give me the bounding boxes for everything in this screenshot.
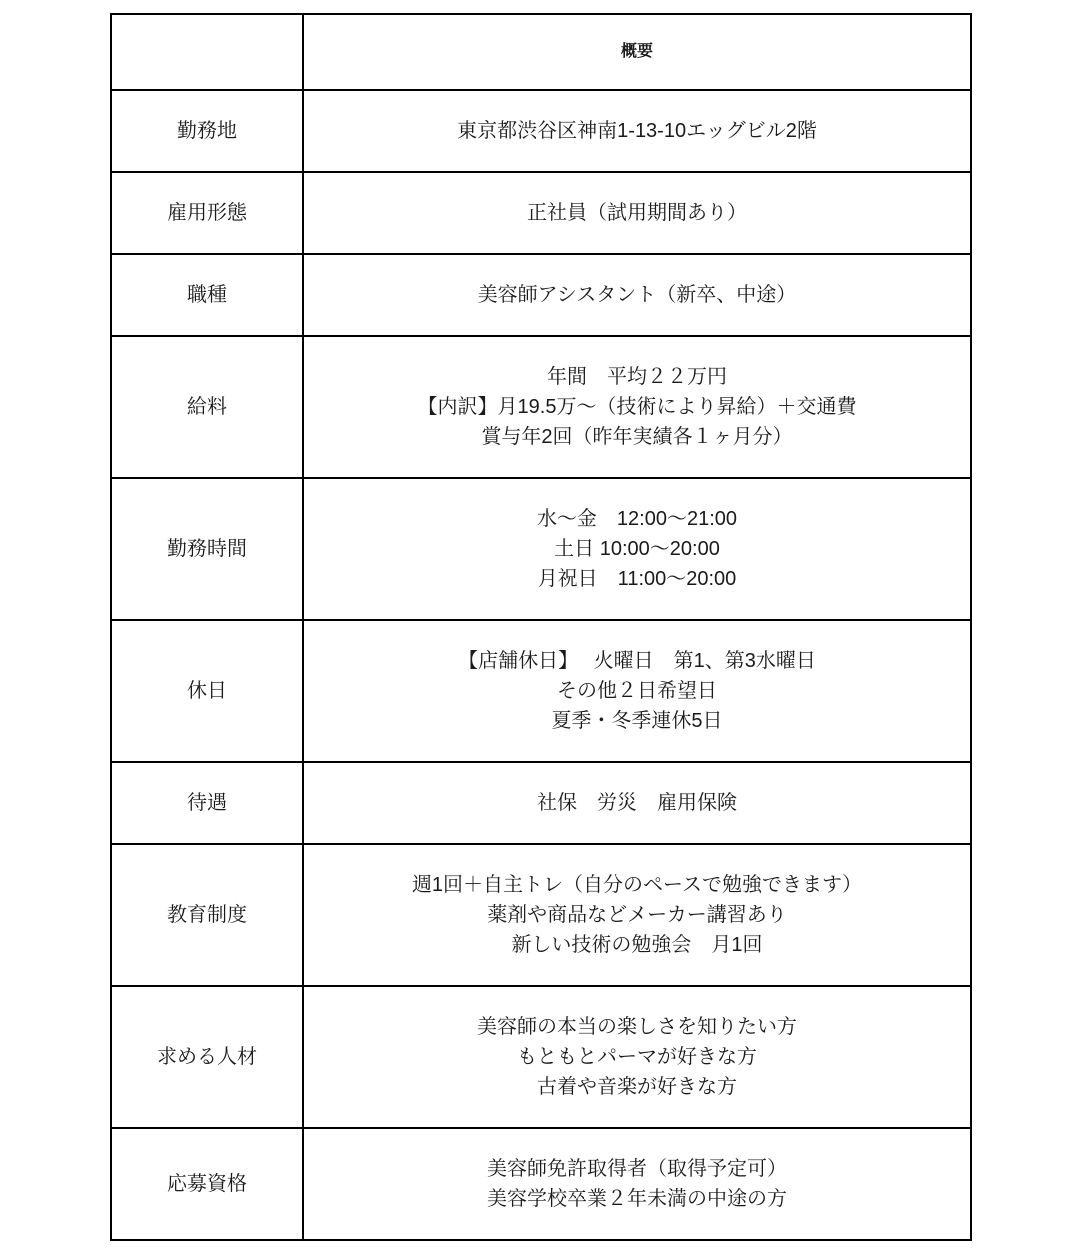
value-line: 新しい技術の勉強会 月1回 xyxy=(314,930,960,960)
table-body: 勤務地東京都渋谷区神南1-13-10エッグビル2階雇用形態正社員（試用期間あり）… xyxy=(111,90,971,1240)
value-line: 東京都渋谷区神南1-13-10エッグビル2階 xyxy=(314,116,960,146)
value-line: 賞与年2回（昨年実績各１ヶ月分） xyxy=(314,422,960,452)
row-value-cell: 【店舗休日】 火曜日 第1、第3水曜日その他２日希望日夏季・冬季連休5日 xyxy=(303,620,971,762)
value-line: 美容師アシスタント（新卒、中途） xyxy=(314,280,960,310)
row-label-cell: 雇用形態 xyxy=(111,172,303,254)
header-row: 概要 xyxy=(111,14,971,90)
table-row: 職種美容師アシスタント（新卒、中途） xyxy=(111,254,971,336)
row-label-cell: 求める人材 xyxy=(111,986,303,1128)
row-label-cell: 給料 xyxy=(111,336,303,478)
header-cell-overview: 概要 xyxy=(303,14,971,90)
row-label-cell: 教育制度 xyxy=(111,844,303,986)
row-label-cell: 待遇 xyxy=(111,762,303,844)
row-label-cell: 勤務地 xyxy=(111,90,303,172)
row-value-cell: 週1回＋自主トレ（自分のペースで勉強できます）薬剤や商品などメーカー講習あり新し… xyxy=(303,844,971,986)
table-row: 応募資格美容師免許取得者（取得予定可）美容学校卒業２年未満の中途の方 xyxy=(111,1128,971,1240)
table-row: 雇用形態正社員（試用期間あり） xyxy=(111,172,971,254)
row-value-cell: 美容師免許取得者（取得予定可）美容学校卒業２年未満の中途の方 xyxy=(303,1128,971,1240)
row-label-cell: 職種 xyxy=(111,254,303,336)
value-line: 土日 10:00～20:00 xyxy=(314,534,960,564)
value-line: 薬剤や商品などメーカー講習あり xyxy=(314,900,960,930)
value-line: 古着や音楽が好きな方 xyxy=(314,1072,960,1102)
value-line: 【内訳】月19.5万～（技術により昇給）＋交通費 xyxy=(314,392,960,422)
table-row: 待遇社保 労災 雇用保険 xyxy=(111,762,971,844)
value-line: その他２日希望日 xyxy=(314,676,960,706)
row-label-cell: 応募資格 xyxy=(111,1128,303,1240)
header-cell-label xyxy=(111,14,303,90)
value-line: 社保 労災 雇用保険 xyxy=(314,788,960,818)
table-row: 教育制度週1回＋自主トレ（自分のペースで勉強できます）薬剤や商品などメーカー講習… xyxy=(111,844,971,986)
value-line: 週1回＋自主トレ（自分のペースで勉強できます） xyxy=(314,870,960,900)
value-line: 夏季・冬季連休5日 xyxy=(314,706,960,736)
row-value-cell: 水～金 12:00～21:00土日 10:00～20:00月祝日 11:00～2… xyxy=(303,478,971,620)
row-value-cell: 東京都渋谷区神南1-13-10エッグビル2階 xyxy=(303,90,971,172)
table-row: 勤務時間水～金 12:00～21:00土日 10:00～20:00月祝日 11:… xyxy=(111,478,971,620)
value-line: 【店舗休日】 火曜日 第1、第3水曜日 xyxy=(314,646,960,676)
value-line: 美容学校卒業２年未満の中途の方 xyxy=(314,1184,960,1214)
table-row: 休日【店舗休日】 火曜日 第1、第3水曜日その他２日希望日夏季・冬季連休5日 xyxy=(111,620,971,762)
value-line: 正社員（試用期間あり） xyxy=(314,198,960,228)
row-value-cell: 正社員（試用期間あり） xyxy=(303,172,971,254)
value-line: 美容師免許取得者（取得予定可） xyxy=(314,1154,960,1184)
row-value-cell: 美容師の本当の楽しさを知りたい方もともとパーマが好きな方古着や音楽が好きな方 xyxy=(303,986,971,1128)
table-row: 求める人材美容師の本当の楽しさを知りたい方もともとパーマが好きな方古着や音楽が好… xyxy=(111,986,971,1128)
value-line: 月祝日 11:00～20:00 xyxy=(314,564,960,594)
row-value-cell: 年間 平均２２万円【内訳】月19.5万～（技術により昇給）＋交通費賞与年2回（昨… xyxy=(303,336,971,478)
row-label-cell: 勤務時間 xyxy=(111,478,303,620)
value-line: 水～金 12:00～21:00 xyxy=(314,504,960,534)
value-line: 年間 平均２２万円 xyxy=(314,362,960,392)
table-row: 勤務地東京都渋谷区神南1-13-10エッグビル2階 xyxy=(111,90,971,172)
table-header: 概要 xyxy=(111,14,971,90)
row-label-cell: 休日 xyxy=(111,620,303,762)
row-value-cell: 社保 労災 雇用保険 xyxy=(303,762,971,844)
value-line: もともとパーマが好きな方 xyxy=(314,1042,960,1072)
table-row: 給料年間 平均２２万円【内訳】月19.5万～（技術により昇給）＋交通費賞与年2回… xyxy=(111,336,971,478)
job-summary-table: 概要 勤務地東京都渋谷区神南1-13-10エッグビル2階雇用形態正社員（試用期間… xyxy=(110,13,972,1241)
row-value-cell: 美容師アシスタント（新卒、中途） xyxy=(303,254,971,336)
value-line: 美容師の本当の楽しさを知りたい方 xyxy=(314,1012,960,1042)
